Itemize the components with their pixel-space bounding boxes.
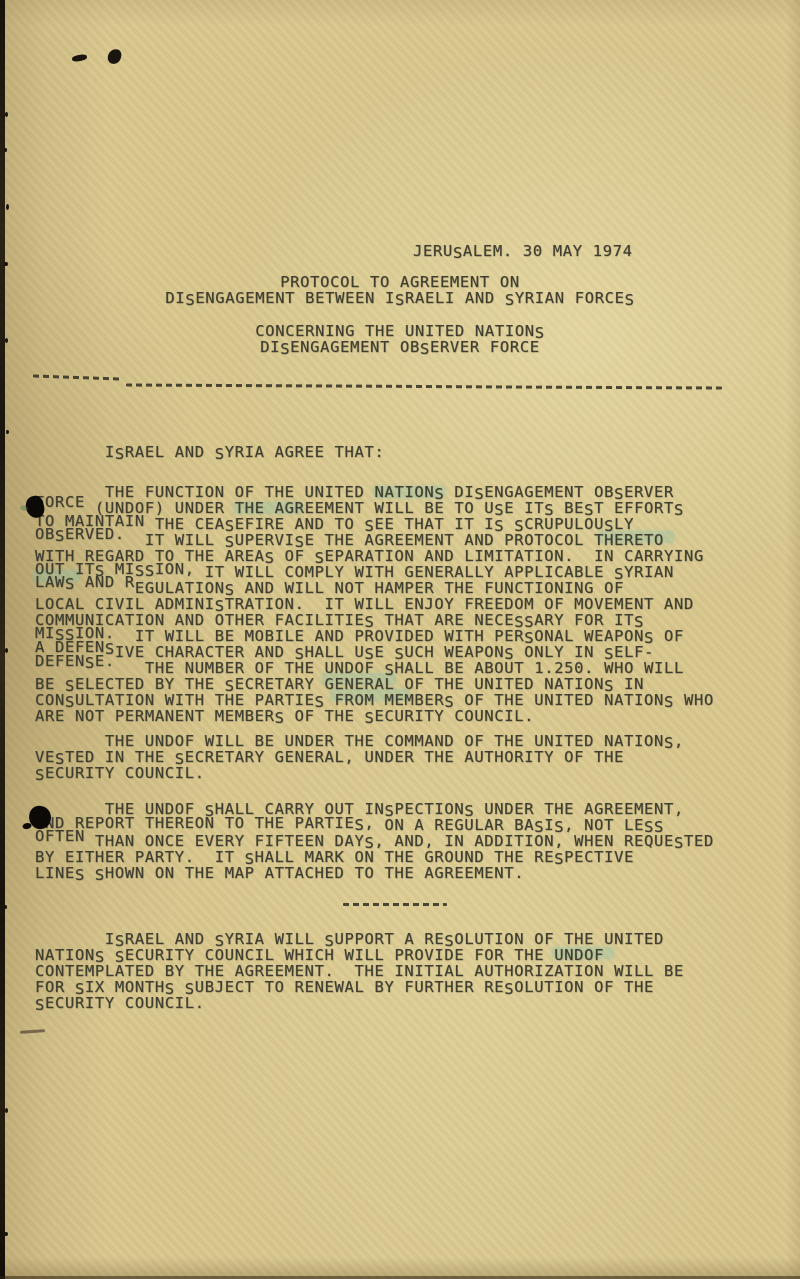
text-line: VESTED IN THE SECRETARY GENERAL, UNDER T… xyxy=(35,749,684,765)
text-line: THE UNDOF WILL BE UNDER THE COMMAND OF T… xyxy=(35,733,684,749)
text-line: COMMUNICATION AND OTHER FACILITIES THAT … xyxy=(35,612,714,628)
ink-speck xyxy=(72,54,88,63)
text-line: NATIONS SECURITY COUNCIL WHICH WILL PROV… xyxy=(35,947,684,963)
edge-speck xyxy=(4,905,7,909)
text-line: OUT ITS MISSION, IT WILL COMPLY WITH GEN… xyxy=(35,564,714,580)
ink-speck xyxy=(107,48,123,65)
edge-speck xyxy=(4,148,7,152)
edge-speck xyxy=(5,648,8,653)
edge-speck xyxy=(5,1108,8,1113)
title-line-2: DISENGAGEMENT BETWEEN ISRAELI AND SYRIAN… xyxy=(0,290,800,306)
edge-speck xyxy=(6,430,9,434)
subtitle-line-1: CONCERNING THE UNITED NATIONS xyxy=(0,323,800,339)
opening-line: ISRAEL AND SYRIA AGREE THAT: xyxy=(35,444,384,460)
paragraph-4: ISRAEL AND SYRIA WILL SUPPORT A RESOLUTI… xyxy=(35,931,684,1011)
edge-speck xyxy=(6,204,9,210)
text-line: MISSION. IT WILL BE MOBILE AND PROVIDED … xyxy=(35,628,714,644)
paragraph-3: THE UNDOF SHALL CARRY OUT INSPECTIONS UN… xyxy=(35,801,714,881)
text-line: FOR SIX MONTHS SUBJECT TO RENEWAL BY FUR… xyxy=(35,979,684,995)
text-line: AND REPORT THEREON TO THE PARTIES, ON A … xyxy=(35,817,714,833)
text-line: A DEFENSIVE CHARACTER AND SHALL USE SUCH… xyxy=(35,644,714,660)
title-line-1: PROTOCOL TO AGREEMENT ON xyxy=(0,274,800,290)
text-line: LOCAL CIVIL ADMINISTRATION. IT WILL ENJO… xyxy=(35,596,714,612)
text-line: LAWS AND REGULATIONS AND WILL NOT HAMPER… xyxy=(35,580,714,596)
text-line: OFTEN THAN ONCE EVERY FIFTEEN DAYS, AND,… xyxy=(35,833,714,849)
text-line: CONTEMPLATED BY THE AGREEMENT. THE INITI… xyxy=(35,963,684,979)
text-line: SECURITY COUNCIL. xyxy=(35,995,684,1011)
dashed-separator-short xyxy=(33,374,121,380)
dashed-separator-small xyxy=(343,903,447,906)
text-line: TO MAINTAIN THE CEASEFIRE AND TO SEE THA… xyxy=(35,516,714,532)
text-line: LINES SHOWN ON THE MAP ATTACHED TO THE A… xyxy=(35,865,714,881)
text-line: SECURITY COUNCIL. xyxy=(35,765,684,781)
date-line: JERUSALEM. 30 MAY 1974 xyxy=(413,243,633,259)
text-line: THE FUNCTION OF THE UNITED NATIONS DISEN… xyxy=(35,484,714,500)
text-line: BE SELECTED BY THE SECRETARY GENERAL OF … xyxy=(35,676,714,692)
text-line: ARE NOT PERMANENT MEMBERS OF THE SECURIT… xyxy=(35,708,714,724)
scan-left-edge xyxy=(0,0,5,1279)
text-line: CONSULTATION WITH THE PARTIES FROM MEMBE… xyxy=(35,692,714,708)
subtitle-line-2: DISENGAGEMENT OBSERVER FORCE xyxy=(0,339,800,355)
pencil-mark xyxy=(20,1029,45,1034)
edge-speck xyxy=(4,1232,8,1236)
text-line: ISRAEL AND SYRIA WILL SUPPORT A RESOLUTI… xyxy=(35,931,684,947)
edge-speck xyxy=(4,262,8,266)
paragraph-1: THE FUNCTION OF THE UNITED NATIONS DISEN… xyxy=(35,484,714,724)
text-line: DEFENSE. THE NUMBER OF THE UNDOF SHALL B… xyxy=(35,660,714,676)
text-line: OBSERVED. IT WILL SUPERVISE THE AGREEMEN… xyxy=(35,532,714,548)
scanned-document-page: JERUSALEM. 30 MAY 1974 PROTOCOL TO AGREE… xyxy=(0,0,800,1279)
text-line: BY EITHER PARTY. IT SHALL MARK ON THE GR… xyxy=(35,849,714,865)
paragraph-2: THE UNDOF WILL BE UNDER THE COMMAND OF T… xyxy=(35,733,684,781)
dashed-separator-long xyxy=(126,383,722,389)
edge-speck xyxy=(5,112,8,117)
